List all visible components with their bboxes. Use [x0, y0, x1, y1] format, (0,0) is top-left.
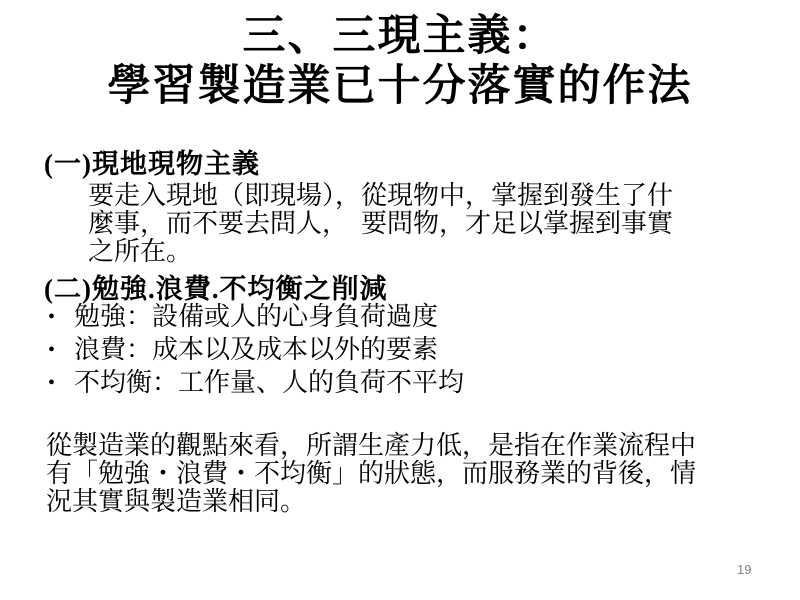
bullet-item: •浪費：成本以及成本以外的要素: [48, 336, 438, 364]
title-line-2: 學習製造業已十分落實的作法: [0, 62, 800, 112]
paragraph-line: 要走入現地（即現場），從現物中，掌握到發生了什: [88, 182, 673, 210]
section-one-paragraph: 要走入現地（即現場），從現物中，掌握到發生了什 麼事，而不要去問人， 要問物，才…: [88, 182, 673, 266]
section-one-heading: (一)現地現物主義: [44, 142, 260, 181]
paragraph-line: 從製造業的觀點來看，所謂生產力低，是指在作業流程中: [46, 432, 696, 460]
closing-paragraph: 從製造業的觀點來看，所謂生產力低，是指在作業流程中 有「勉強・浪費・不均衡」的狀…: [46, 432, 696, 516]
bullet-icon: •: [48, 369, 74, 397]
paragraph-line: 麼事，而不要去問人， 要問物，才足以掌握到事實: [88, 210, 673, 238]
section-two-heading: (二)勉強.浪費.不均衡之削減: [44, 267, 387, 306]
slide-title: 三、三現主義： 學習製造業已十分落實的作法: [0, 12, 800, 112]
bullet-text: 勉強：設備或人的心身負荷過度: [74, 302, 438, 331]
bullet-icon: •: [48, 303, 74, 331]
bullet-text: 不均衡：工作量、人的負荷不平均: [74, 368, 464, 397]
paragraph-line: 有「勉強・浪費・不均衡」的狀態，而服務業的背後，情: [46, 460, 696, 488]
bullet-item: •不均衡：工作量、人的負荷不平均: [48, 369, 464, 397]
title-line-1: 三、三現主義：: [0, 12, 800, 62]
paragraph-line: 之所在。: [88, 238, 673, 266]
bullet-icon: •: [48, 336, 74, 364]
bullet-text: 浪費：成本以及成本以外的要素: [74, 335, 438, 364]
page-number: 19: [737, 562, 751, 577]
bullet-item: •勉強：設備或人的心身負荷過度: [48, 303, 438, 331]
paragraph-line: 況其實與製造業相同。: [46, 488, 696, 516]
slide-canvas: 三、三現主義： 學習製造業已十分落實的作法 (一)現地現物主義 要走入現地（即現…: [0, 0, 800, 600]
